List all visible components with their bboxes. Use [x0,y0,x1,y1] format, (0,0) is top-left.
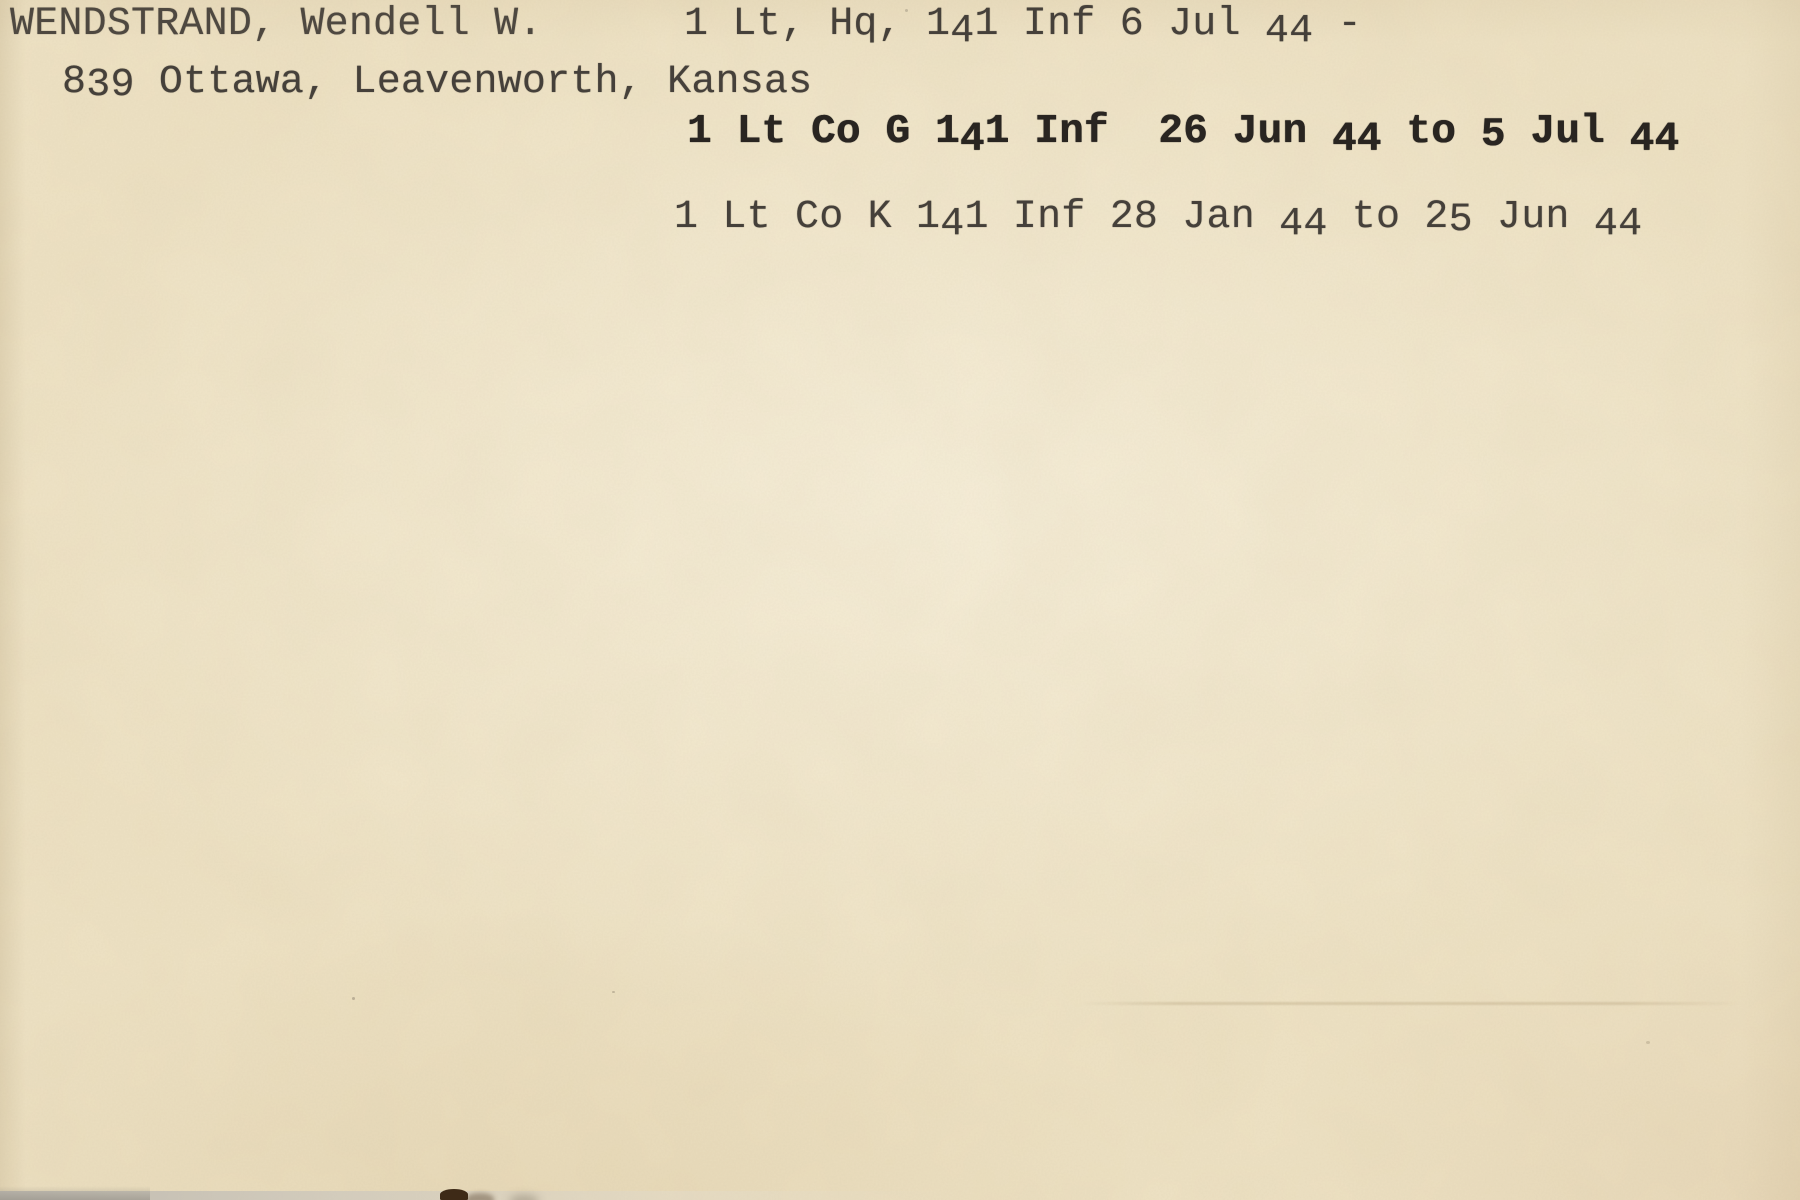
paper-speck [905,9,908,12]
paper-speck [248,82,252,85]
service-entry-2: 1 Lt Co K 141 Inf 28 Jan 44 to 25 Jun 44 [674,198,1642,238]
paper-speck [1646,1041,1650,1044]
rank-unit-entry: 1 Lt, Hq, 141 Inf 6 Jul 44 - [684,5,1362,45]
soldier-name: WENDSTRAND, Wendell W. [10,5,543,45]
paper-speck [612,991,615,993]
paper-speck [352,997,355,1000]
service-entry-1: 1 Lt Co G 141 Inf 26 Jun 44 to 5 Jul 44 [687,112,1679,153]
bottom-left-corner-shadow [0,1186,150,1200]
paper-crease-line [1080,1002,1740,1005]
index-card-scan: WENDSTRAND, Wendell W. 1 Lt, Hq, 141 Inf… [0,0,1800,1200]
ink-blot [440,1189,468,1200]
home-address: 839 Ottawa, Leavenworth, Kansas [62,63,812,103]
paper-grain-texture [0,0,1800,1200]
